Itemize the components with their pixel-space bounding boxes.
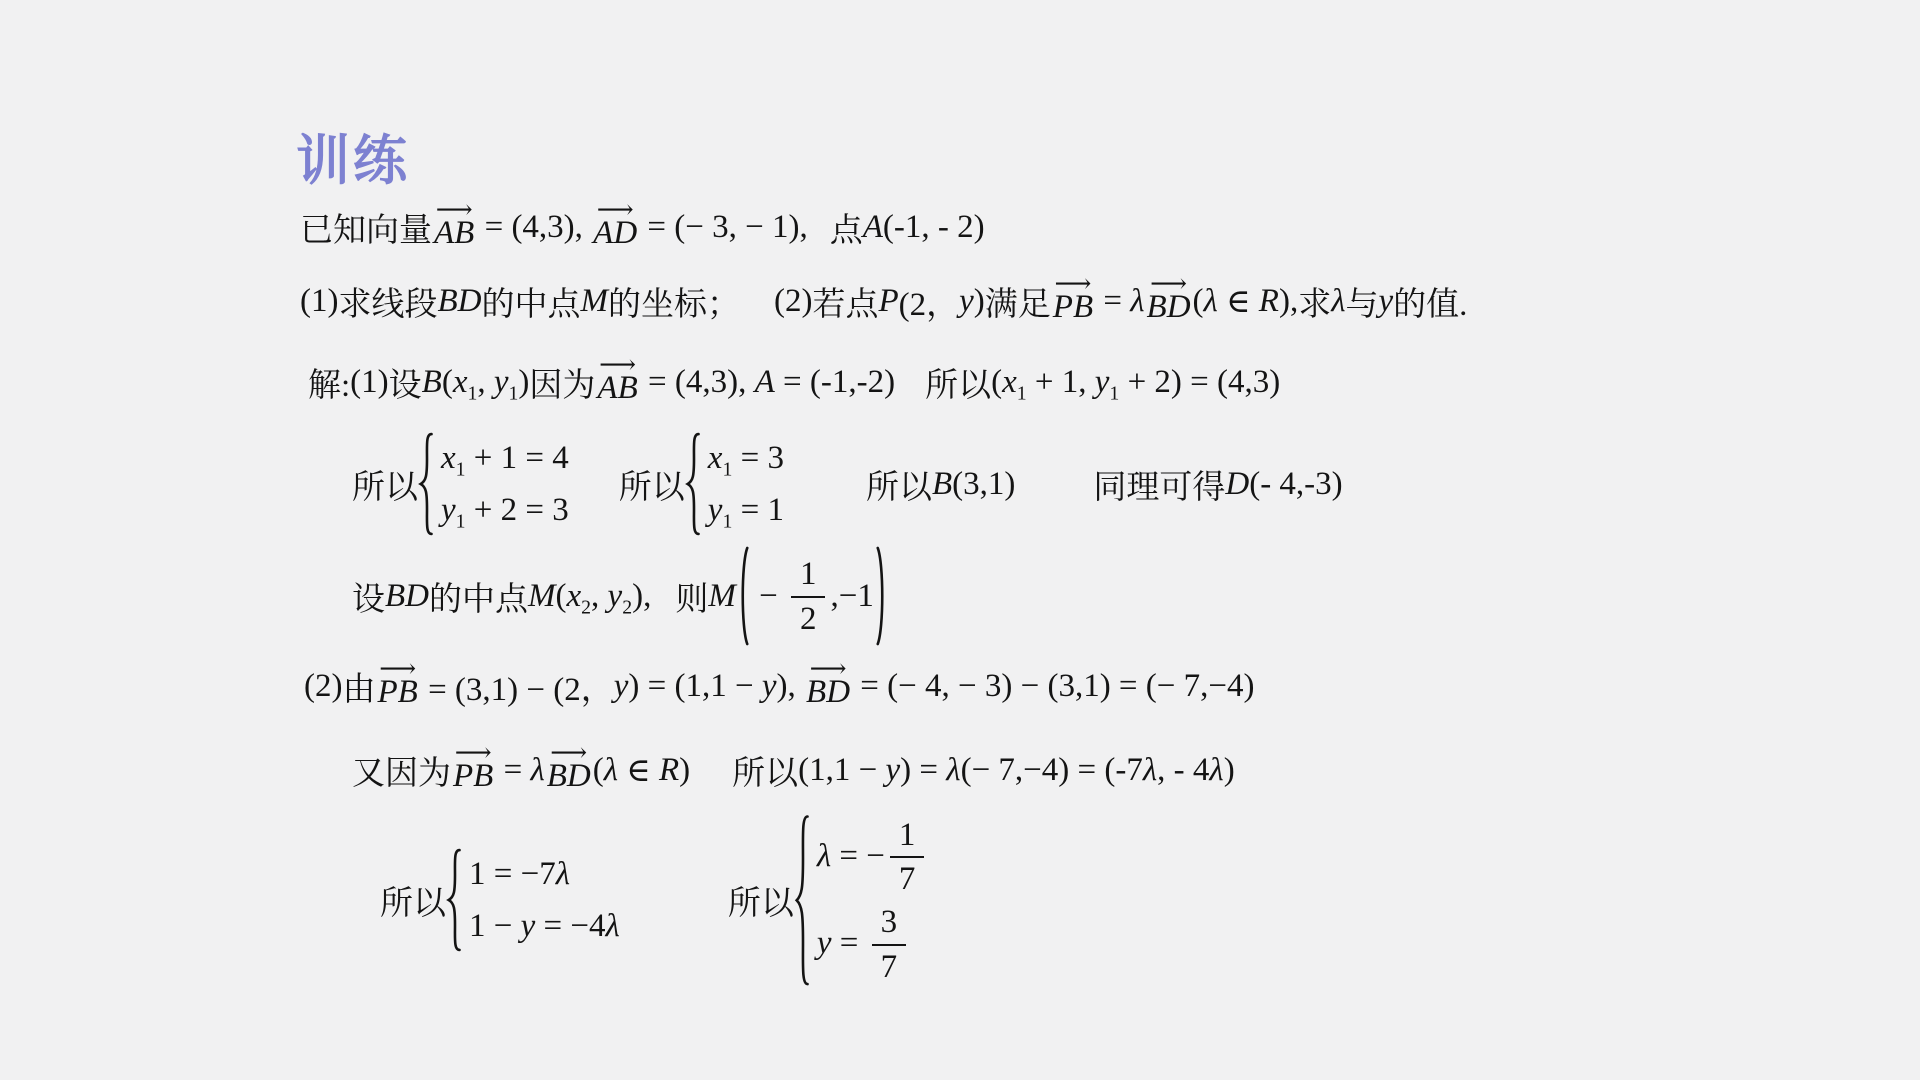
system-rows: 1 = −7λ1 − y = −4λ [464,848,620,952]
sub-index: 1 [1017,382,1027,404]
sub-index: 1 [722,510,732,532]
math-roman: = (4,3), [476,209,591,246]
math-italic: M [528,578,556,615]
text-chinese: 因为 [529,359,595,406]
math-roman: ), [632,578,651,615]
text-chinese: 设 [389,359,422,406]
math-roman: ∈ [1218,281,1259,321]
system-row: 1 = −7λ [469,848,620,900]
fraction-numerator: 1 [791,555,826,598]
system-row: y = 37 [817,900,930,987]
math-italic: λ [606,908,620,945]
math-roman: + 1 = 4 [466,440,569,477]
math-italic: M [708,578,736,615]
math-italic: y [762,668,777,705]
system-rows: x1 + 1 = 4y1 + 2 = 3 [436,432,569,536]
math-italic: M [580,283,608,320]
math-italic: λ [1209,752,1223,789]
text-chinese: 的坐标； [608,278,740,325]
math-roman: = [1095,283,1130,320]
text-chinese: 求 [1298,278,1331,325]
sub-index: 1 [467,382,477,404]
math-roman: 1 − [469,908,521,945]
math-italic: D [1225,466,1249,503]
math-roman: = (4,3), [640,364,755,401]
system-row: x1 = 3 [708,432,784,484]
vector-arrow-icon: ⟶ [436,204,473,217]
text-chinese: 则 [675,573,708,620]
math-italic: y [1379,283,1394,320]
math-roman: (2， [899,278,960,325]
math-roman: (1) [350,364,388,401]
vector-arrow-icon: ⟶ [599,359,636,372]
math-roman: ( [593,752,604,789]
math-roman: 1 = −7 [469,856,556,893]
text-chinese: 的中点 [429,573,528,620]
text-chinese: 设 [352,573,385,620]
math-italic: λ [604,752,618,789]
system-rows: x1 = 3y1 = 1 [703,432,784,536]
math-roman: ∈ [618,750,659,790]
vector-arrow-icon: ⟶ [455,747,492,760]
equation-system: x1 + 1 = 4y1 + 2 = 3 [418,432,569,536]
sub-index: 1 [456,458,466,480]
math-roman: ,−1 [830,578,873,615]
math-roman: , [591,578,608,615]
left-paren-icon [736,546,751,646]
sub-base: y [608,578,623,614]
math-subscripted: y1 [708,492,733,529]
vector-AD: ⟶AD [593,203,637,251]
math-roman: ( [556,578,567,615]
vector-PB: ⟶PB [1053,277,1093,325]
sub-index: 1 [456,510,466,532]
text-chinese: 求线段 [338,278,437,325]
math-subscripted: x1 [441,440,466,477]
math-roman: (2) [304,668,342,705]
line-lambda-eq: 又因为⟶PB = λ⟶BD(λ ∈ R)所以(1,1 − y) = λ(− 7,… [352,738,1235,802]
sub-index: 2 [622,596,632,618]
fraction: 37 [872,903,907,984]
left-brace-icon [418,432,436,536]
math-italic: λ [530,752,544,789]
math-roman: = 1 [732,492,784,529]
math-italic: A [755,364,775,401]
vector-BD: ⟶BD [806,662,850,710]
text-chinese: 由 [342,663,375,710]
math-roman: = 3 [732,440,784,477]
fraction-numerator: 1 [890,816,925,859]
left-brace-icon [794,813,812,988]
parenthesized-group: − 12,−1 [736,546,889,646]
sub-base: y [708,492,723,528]
math-italic: BD [385,578,429,615]
math-roman: ) [679,752,690,789]
math-italic: λ [946,752,960,789]
left-brace-icon [685,432,703,536]
math-subscripted: x1 [708,440,733,477]
text-chinese: 所以 [732,747,798,794]
math-roman: ) = [900,752,946,789]
math-roman: + 2) = (4,3) [1119,364,1280,401]
sub-base: x [708,440,723,476]
math-italic: λ [1130,283,1144,320]
right-paren-icon [874,546,889,646]
text-chinese: 所以 [352,461,418,508]
sub-index: 1 [509,382,519,404]
math-subscripted: x1 [1002,364,1027,401]
math-subscripted: y1 [1095,364,1120,401]
system-row: λ = −17 [817,813,930,900]
math-roman: (1) [300,283,338,320]
text-chinese: 又因为 [352,747,451,794]
math-subscripted: y1 [441,492,466,529]
sub-index: 1 [1109,382,1119,404]
math-roman: (-1, - 2) [883,209,985,246]
line-system-2: 所以1 = −7λ1 − y = −4λ所以λ = −17y = 37 [380,804,929,996]
equation-system: x1 = 3y1 = 1 [685,432,784,536]
math-roman: = (− 4, − 3) − (3,1) = (− 7,−4) [852,668,1254,705]
fraction: 12 [791,555,826,636]
math-roman: = − [831,838,885,875]
fraction: 17 [890,816,925,897]
page-title: 训练 [296,118,410,195]
math-subscripted: x2 [567,578,592,615]
slide: 训练 已知向量⟶AB = (4,3), ⟶AD = (− 3, − 1),点A(… [0,0,1920,1080]
sub-base: x [567,578,582,614]
line-questions: (1)求线段BD的中点M的坐标；(2)若点P(2，y)满足⟶PB = λ⟶BD(… [300,272,1467,330]
math-roman: ), [777,668,805,705]
sub-base: y [441,492,456,528]
text-chinese: 所以 [866,461,932,508]
text-chinese: 点 [830,204,863,251]
fraction-denominator: 2 [800,598,817,637]
vector-arrow-icon: ⟶ [1150,278,1187,291]
math-italic: B [422,364,442,401]
text-chinese: 若点 [812,278,878,325]
system-rows: λ = −17y = 37 [812,813,930,988]
math-roman: = (-1,-2) [775,364,895,401]
math-italic: B [932,466,952,503]
math-roman: ) [1224,752,1235,789]
math-roman: = −4 [535,908,605,945]
math-roman: (- 4,-3) [1249,466,1342,503]
math-italic: y [959,283,974,320]
math-roman: ( [991,364,1002,401]
math-roman: = (3,1) − (2， [420,663,614,710]
line-midpoint: 设BD的中点M(x2, y2),则M − 12,−1 [352,546,889,646]
text-chinese: 已知向量 [300,204,432,251]
vector-arrow-icon: ⟶ [550,747,587,760]
vector-BD: ⟶BD [1147,277,1191,325]
math-roman: (3,1) [952,466,1015,503]
sub-index: 1 [722,458,732,480]
math-roman: (2) [774,283,812,320]
math-roman: ) = (1,1 − [628,668,761,705]
text-chinese: 的值. [1393,278,1467,325]
left-brace-icon [446,848,464,952]
line-solution-setup: 解:(1)设B(x1, y1)因为⟶AB = (4,3), A = (-1,-2… [308,352,1280,412]
math-italic: λ [817,838,831,875]
math-italic: y [817,925,832,962]
vector-arrow-icon: ⟶ [379,663,416,676]
sub-base: x [441,440,456,476]
vector-AB: ⟶AB [597,358,637,406]
fraction-denominator: 7 [881,946,898,985]
vector-PB: ⟶PB [377,662,417,710]
math-subscripted: x1 [453,364,478,401]
math-italic: λ [556,856,570,893]
sub-index: 2 [581,596,591,618]
vector-arrow-icon: ⟶ [810,663,847,676]
text-chinese: 与 [1346,278,1379,325]
math-italic: λ [1143,752,1157,789]
math-subscripted: y2 [608,578,633,615]
fraction-denominator: 7 [899,858,916,897]
vector-arrow-icon: ⟶ [1055,278,1092,291]
math-italic: y [614,668,629,705]
math-roman: ) [974,283,985,320]
sub-base: x [453,364,468,400]
fraction-numerator: 3 [872,903,907,946]
math-roman: = [495,752,530,789]
math-italic: P [878,283,898,320]
math-italic: R [1259,283,1279,320]
math-roman: + 2 = 3 [466,492,569,529]
system-row: x1 + 1 = 4 [441,432,569,484]
math-italic: λ [1331,283,1345,320]
text-chinese: 解: [308,359,350,406]
text-chinese: 所以 [619,461,685,508]
equation-system: λ = −17y = 37 [794,813,930,988]
system-row: y1 + 2 = 3 [441,484,569,536]
line-system-1: 所以x1 + 1 = 4y1 + 2 = 3所以x1 = 3y1 = 1所以B(… [352,430,1343,538]
text-chinese: 满足 [985,278,1051,325]
math-italic: BD [437,283,481,320]
math-roman: (1,1 − [798,752,885,789]
math-roman: ( [442,364,453,401]
vector-AB: ⟶AB [434,203,474,251]
math-roman: , - 4 [1157,752,1209,789]
sub-base: x [1002,364,1017,400]
text-chinese: 的中点 [481,278,580,325]
math-italic: y [521,908,536,945]
math-italic: A [863,209,883,246]
math-roman: , [477,364,494,401]
math-italic: y [886,752,901,789]
math-roman: (− 7,−4) = (-7 [961,752,1143,789]
sub-base: y [494,364,509,400]
math-roman: + 1, [1027,364,1095,401]
math-roman: ( [1193,283,1204,320]
math-roman: = [831,925,866,962]
text-chinese: 所以 [380,877,446,924]
text-chinese: 所以 [728,877,794,924]
math-roman: = (− 3, − 1), [639,209,808,246]
text-chinese: 所以 [925,359,991,406]
system-row: y1 = 1 [708,484,784,536]
vector-PB: ⟶PB [453,746,493,794]
math-roman: ) [518,364,529,401]
sub-base: y [1095,364,1110,400]
line-given-vectors: 已知向量⟶AB = (4,3), ⟶AD = (− 3, − 1),点A(-1,… [300,196,985,258]
equation-system: 1 = −7λ1 − y = −4λ [446,848,620,952]
system-row: 1 − y = −4λ [469,900,620,952]
line-part2: (2)由⟶PB = (3,1) − (2，y) = (1,1 − y), ⟶BD… [304,656,1255,716]
math-subscripted: y1 [494,364,519,401]
vector-arrow-icon: ⟶ [597,204,634,217]
vector-BD: ⟶BD [547,746,591,794]
math-italic: R [659,752,679,789]
text-chinese: 同理可得 [1093,461,1225,508]
math-italic: λ [1204,283,1218,320]
math-roman: − [751,578,786,615]
math-roman: ), [1279,283,1298,320]
